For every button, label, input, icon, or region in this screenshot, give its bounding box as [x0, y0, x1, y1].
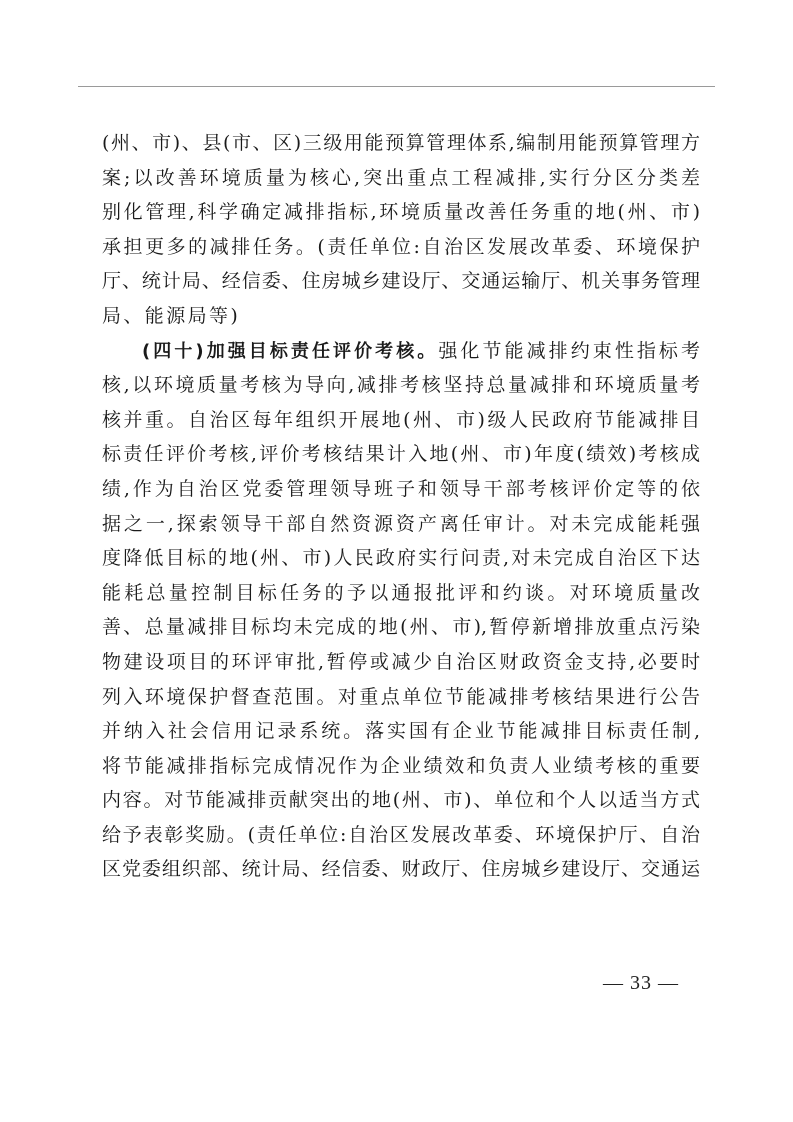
text-line: 承担更多的减排任务。(责任单位:自治区发展改革委、环境保护: [102, 230, 700, 265]
text-line: 度降低目标的地(州、市)人民政府实行问责,对未完成自治区下达: [102, 541, 700, 576]
text-line: 并纳入社会信用记录系统。落实国有企业节能减排目标责任制,: [102, 714, 700, 749]
paragraph-section-40: (四十)加强目标责任评价考核。强化节能减排约束性指标考 核,以环境质量考核为导向…: [102, 334, 700, 888]
page-number: — 33 —: [598, 972, 684, 995]
text-line: 核,以环境质量考核为导向,减排考核坚持总量减排和环境质量考: [102, 368, 700, 403]
text-line: 别化管理,科学确定减排指标,环境质量改善任务重的地(州、市): [102, 195, 700, 230]
text-line: 能耗总量控制目标任务的予以通报批评和约谈。对环境质量改: [102, 576, 700, 611]
text-line: 列入环境保护督查范围。对重点单位节能减排考核结果进行公告: [102, 680, 700, 715]
text-line: 区党委组织部、统计局、经信委、财政厅、住房城乡建设厅、交通运: [102, 852, 700, 887]
document-body: (州、市)、县(市、区)三级用能预算管理体系,编制用能预算管理方 案;以改善环境…: [102, 126, 700, 887]
text-line: 案;以改善环境质量为核心,突出重点工程减排,实行分区分类差: [102, 161, 700, 196]
section-heading: (四十)加强目标责任评价考核。: [142, 341, 438, 362]
section-first-line: (四十)加强目标责任评价考核。强化节能减排约束性指标考: [102, 334, 700, 369]
text-line: 标责任评价考核,评价考核结果计入地(州、市)年度(绩效)考核成: [102, 437, 700, 472]
text-line: 内容。对节能减排贡献突出的地(州、市)、单位和个人以适当方式: [102, 783, 700, 818]
paragraph-continuation: (州、市)、县(市、区)三级用能预算管理体系,编制用能预算管理方 案;以改善环境…: [102, 126, 700, 334]
text-line: 善、总量减排目标均未完成的地(州、市),暂停新增排放重点污染: [102, 610, 700, 645]
text-line: 局、能源局等): [102, 299, 700, 334]
text-line: 绩,作为自治区党委管理领导班子和领导干部考核评价定等的依: [102, 472, 700, 507]
text-line: 据之一,探索领导干部自然资源资产离任审计。对未完成能耗强: [102, 507, 700, 542]
text-run: 强化节能减排约束性指标考: [438, 340, 700, 362]
header-rule: [78, 86, 715, 87]
text-line: 厅、统计局、经信委、住房城乡建设厅、交通运输厅、机关事务管理: [102, 264, 700, 299]
text-line: 将节能减排指标完成情况作为企业绩效和负责人业绩考核的重要: [102, 749, 700, 784]
text-line: 物建设项目的环评审批,暂停或减少自治区财政资金支持,必要时: [102, 645, 700, 680]
text-line: (州、市)、县(市、区)三级用能预算管理体系,编制用能预算管理方: [102, 126, 700, 161]
text-line: 给予表彰奖励。(责任单位:自治区发展改革委、环境保护厅、自治: [102, 818, 700, 853]
text-line: 核并重。自治区每年组织开展地(州、市)级人民政府节能减排目: [102, 403, 700, 438]
